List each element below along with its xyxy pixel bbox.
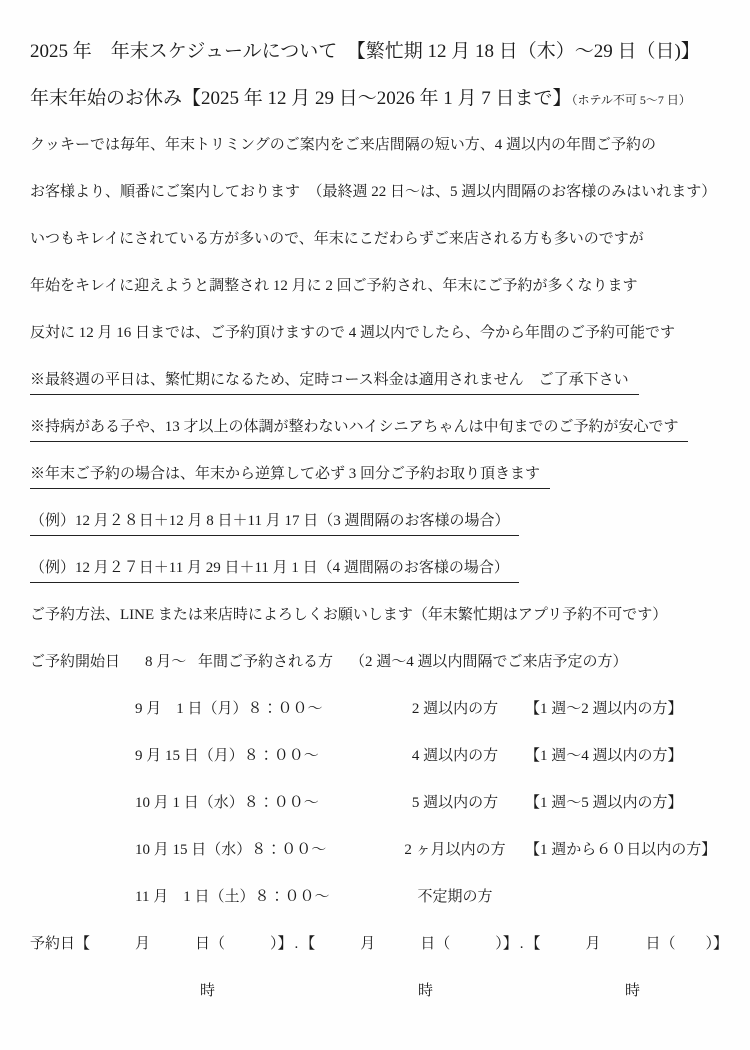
schedule-row-note: 【1 週～2 週以内の方】 bbox=[525, 686, 683, 733]
reservation-date-blank-2: 【 月 日（ ）】 bbox=[300, 921, 518, 968]
schedule-head-note: （2 週～4 週以内間隔でご来店予定の方） bbox=[350, 639, 628, 686]
schedule-row-category: 2 ヶ月以内の方 bbox=[385, 827, 525, 874]
note-line-3: ※年末ご予約の場合は、年末から逆算して必ず 3 回分ご予約お取り頂きます bbox=[30, 451, 732, 498]
schedule-row-category: 4 週以内の方 bbox=[385, 733, 525, 780]
reservation-separator: . bbox=[518, 921, 526, 968]
note-underlined-3: ※年末ご予約の場合は、年末から逆算して必ず 3 回分ご予約お取り頂きます bbox=[30, 463, 550, 489]
reservation-time-line: 時 時 時 bbox=[30, 968, 732, 1015]
example-line-1: （例）12 月２８日＋12 月 8 日＋11 月 17 日（3 週間隔のお客様の… bbox=[30, 498, 732, 545]
intro-paragraph-5: 反対に 12 月 16 日までは、ご予約頂けますので 4 週以内でしたら、今から… bbox=[30, 310, 732, 357]
schedule-row-date: 10 月 1 日（水）８：００～ bbox=[135, 780, 385, 827]
schedule-start-label: ご予約開始日 bbox=[30, 639, 145, 686]
holiday-hotel-note: （ホテル不可 5～7 日） bbox=[572, 93, 691, 107]
booking-method-line: ご予約方法、LINE または来店時によろしくお願いします（年末繁忙期はアプリ予約… bbox=[30, 592, 732, 639]
holiday-line: 年末年始のお休み【2025 年 12 月 29 日～2026 年 1 月 7 日… bbox=[30, 75, 732, 122]
reservation-date-blank-1: 【 月 日（ ）】 bbox=[75, 921, 293, 968]
note-line-2: ※持病がある子や、13 才以上の体調が整わないハイシニアちゃんは中旬までのご予約… bbox=[30, 404, 732, 451]
intro-paragraph-4: 年始をキレイに迎えようと調整され 12 月に 2 回ご予約され、年末にご予約が多… bbox=[30, 263, 732, 310]
time-label-2: 時 bbox=[418, 968, 433, 1015]
schedule-row-5: 11 月 1 日（土）８：００～ 不定期の方 bbox=[30, 874, 732, 921]
schedule-row-date: 10 月 15 日（水）８：００～ bbox=[135, 827, 385, 874]
intro-paragraph-2: お客様より、順番にご案内しております （最終週 22 日～は、5 週以内間隔のお… bbox=[30, 169, 732, 216]
schedule-row-3: 10 月 1 日（水）８：００～ 5 週以内の方 【1 週～5 週以内の方】 bbox=[30, 780, 732, 827]
schedule-row-date: 9 月 1 日（月）８：００～ bbox=[135, 686, 385, 733]
example-underlined-1: （例）12 月２８日＋12 月 8 日＋11 月 17 日（3 週間隔のお客様の… bbox=[30, 510, 519, 536]
schedule-row-4: 10 月 15 日（水）８：００～ 2 ヶ月以内の方 【1 週から６０日以内の方… bbox=[30, 827, 732, 874]
intro-paragraph-1: クッキーでは毎年、年末トリミングのご案内をご来店間隔の短い方、4 週以内の年間ご… bbox=[30, 122, 732, 169]
reservation-date-blank-3: 【 月 日（ ）】 bbox=[526, 921, 729, 968]
schedule-row-date: 9 月 15 日（月）８：００～ bbox=[135, 733, 385, 780]
schedule-head-date: 8 月～ bbox=[145, 639, 198, 686]
schedule-row-category: 5 週以内の方 bbox=[385, 780, 525, 827]
example-underlined-2: （例）12 月２７日＋11 月 29 日＋11 月 1 日（4 週間隔のお客様の… bbox=[30, 557, 519, 583]
document-page: 2025 年 年末スケジュールについて 【繁忙期 12 月 18 日（木）～29… bbox=[0, 0, 750, 1050]
schedule-row-date: 11 月 1 日（土）８：００～ bbox=[135, 874, 385, 921]
reservation-date-line: 予約日 【 月 日（ ）】 . 【 月 日（ ）】 . 【 月 日（ ）】 bbox=[30, 921, 732, 968]
note-line-1: ※最終週の平日は、繁忙期になるため、定時コース料金は適用されません ご了承下さい bbox=[30, 357, 732, 404]
schedule-row-note: 【1 週から６０日以内の方】 bbox=[525, 827, 716, 874]
schedule-row-note: 【1 週～5 週以内の方】 bbox=[525, 780, 683, 827]
reservation-separator: . bbox=[293, 921, 301, 968]
time-label-1: 時 bbox=[200, 968, 215, 1015]
schedule-head-category: 年間ご予約される方 bbox=[198, 639, 350, 686]
note-underlined-2: ※持病がある子や、13 才以上の体調が整わないハイシニアちゃんは中旬までのご予約… bbox=[30, 416, 688, 442]
intro-paragraph-3: いつもキレイにされている方が多いので、年末にこだわらずご来店される方も多いのです… bbox=[30, 216, 732, 263]
note-underlined-1: ※最終週の平日は、繁忙期になるため、定時コース料金は適用されません ご了承下さい bbox=[30, 369, 639, 395]
schedule-row-category: 不定期の方 bbox=[385, 874, 525, 921]
schedule-row-category: 2 週以内の方 bbox=[385, 686, 525, 733]
schedule-row-1: 9 月 1 日（月）８：００～ 2 週以内の方 【1 週～2 週以内の方】 bbox=[30, 686, 732, 733]
example-line-2: （例）12 月２７日＋11 月 29 日＋11 月 1 日（4 週間隔のお客様の… bbox=[30, 545, 732, 592]
doc-title: 2025 年 年末スケジュールについて 【繁忙期 12 月 18 日（木）～29… bbox=[30, 28, 732, 75]
reservation-date-label: 予約日 bbox=[30, 921, 75, 968]
time-label-3: 時 bbox=[625, 968, 640, 1015]
schedule-row-2: 9 月 15 日（月）８：００～ 4 週以内の方 【1 週～4 週以内の方】 bbox=[30, 733, 732, 780]
schedule-header-row: ご予約開始日 8 月～ 年間ご予約される方 （2 週～4 週以内間隔でご来店予定… bbox=[30, 639, 732, 686]
holiday-main-text: 年末年始のお休み【2025 年 12 月 29 日～2026 年 1 月 7 日… bbox=[30, 88, 572, 109]
schedule-row-note: 【1 週～4 週以内の方】 bbox=[525, 733, 683, 780]
